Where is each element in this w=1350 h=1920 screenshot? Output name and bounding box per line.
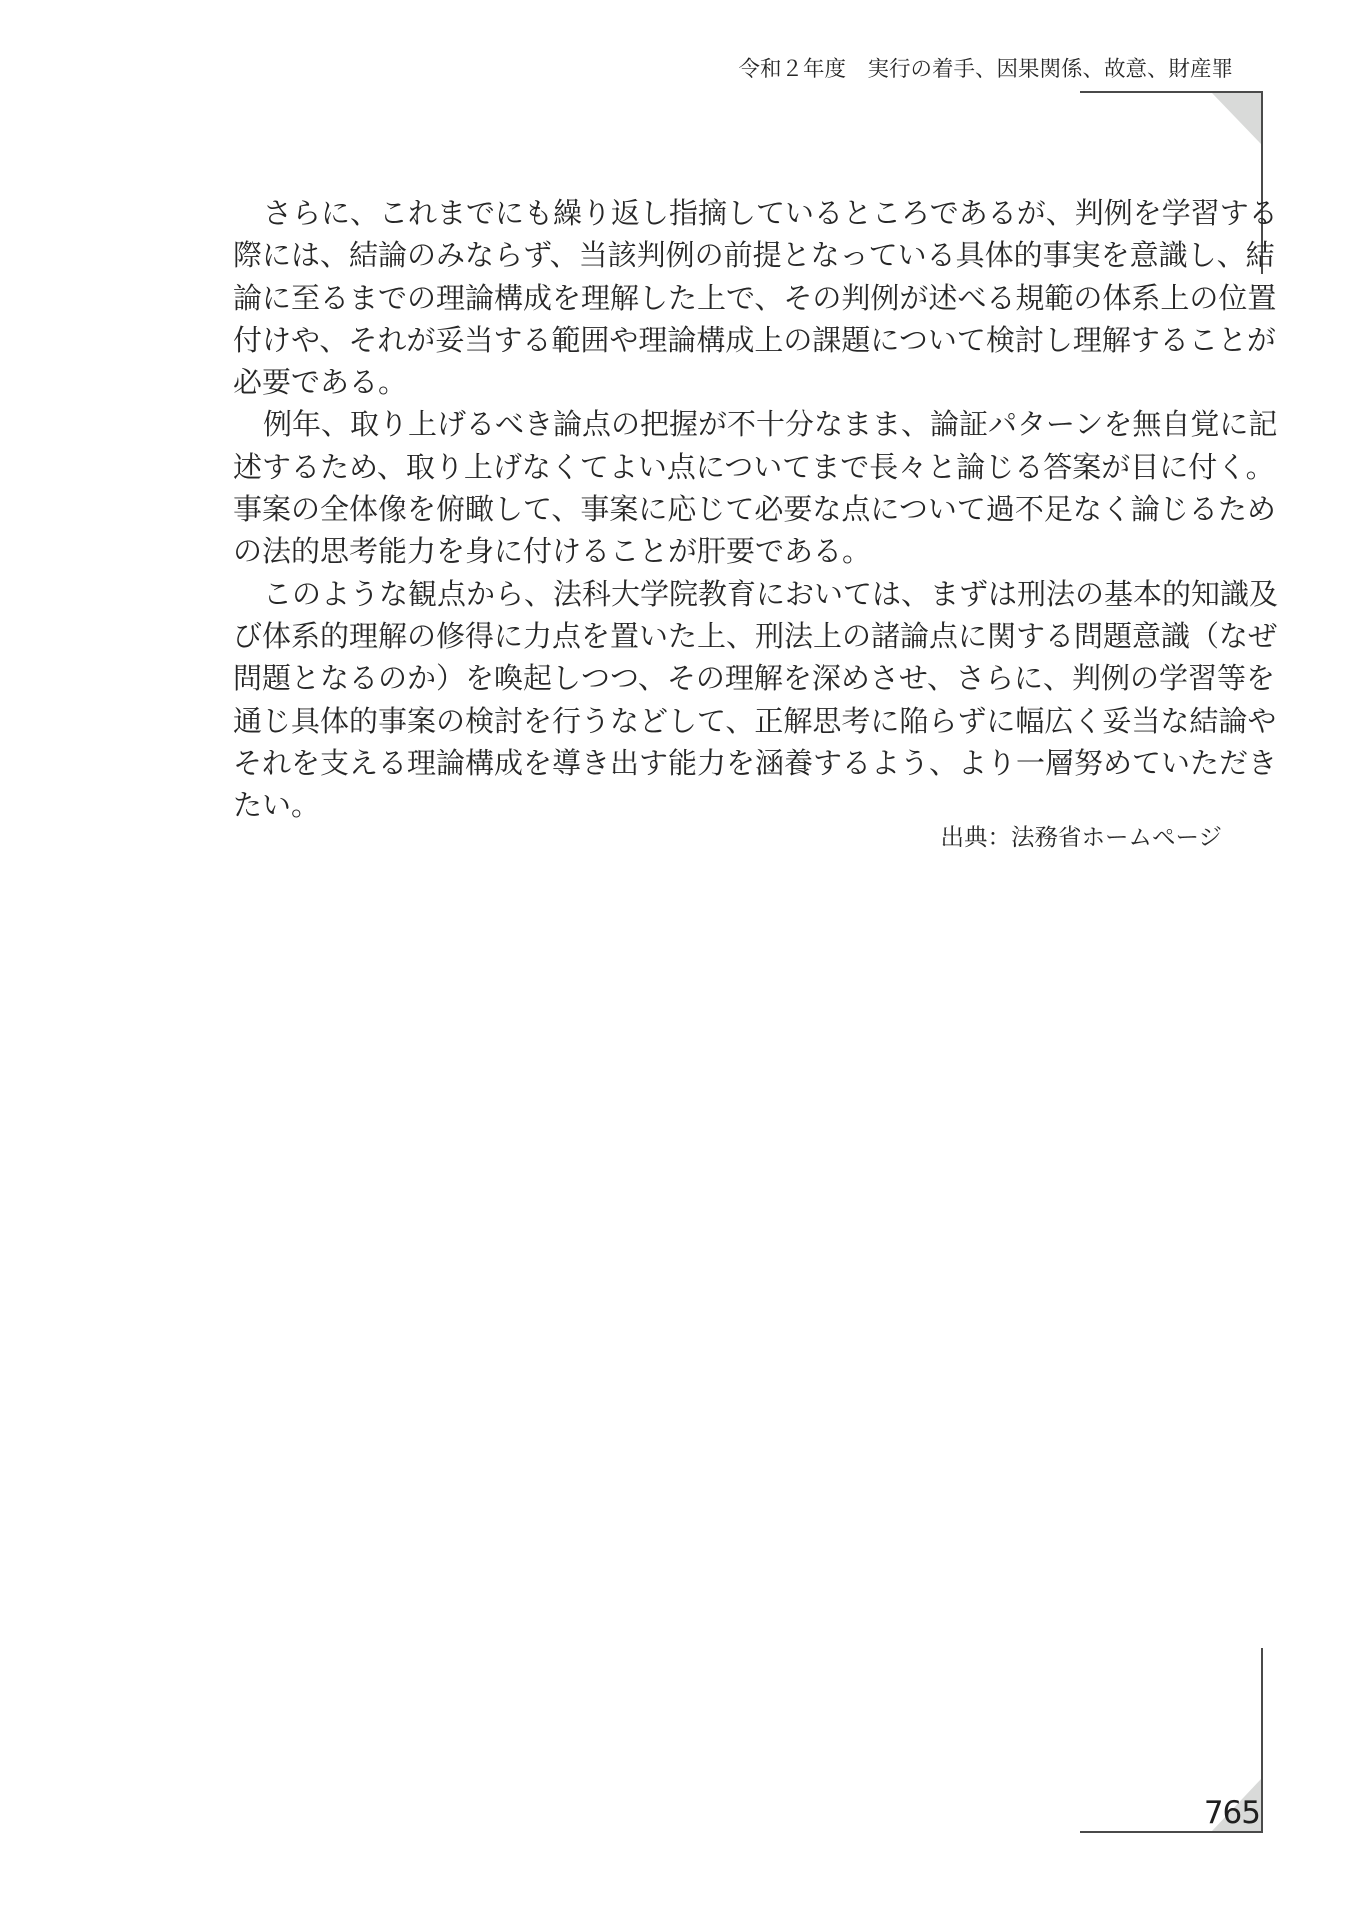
text-line: 通じ具体的事案の検討を行うなどして、正解思考に陥らずに幅広く妥当な結論や (233, 700, 1219, 742)
text-line: 論に至るまでの理論構成を理解した上で、その判例が述べる規範の体系上の位置 (233, 277, 1219, 319)
text-line: 際には、結論のみならず、当該判例の前提となっている具体的事実を意識し、結 (233, 234, 1219, 276)
text-line: さらに、これまでにも繰り返し指摘しているところであるが、判例を学習する (233, 192, 1219, 234)
text-line: 例年、取り上げるべき論点の把握が不十分なまま、論証パターンを無自覚に記 (233, 403, 1219, 445)
bottom-rule-vertical (1261, 1648, 1263, 1833)
body-text: さらに、これまでにも繰り返し指摘しているところであるが、判例を学習する 際には、… (233, 192, 1219, 826)
paragraph-1: さらに、これまでにも繰り返し指摘しているところであるが、判例を学習する 際には、… (233, 192, 1219, 403)
paragraph-3: このような観点から、法科大学院教育においては、まずは刑法の基本的知識及 び体系的… (233, 573, 1219, 827)
text-line: び体系的理解の修得に力点を置いた上、刑法上の諸論点に関する問題意識（なぜ (233, 615, 1219, 657)
text-line: このような観点から、法科大学院教育においては、まずは刑法の基本的知識及 (233, 573, 1219, 615)
text-line: 事案の全体像を俯瞰して、事案に応じて必要な点について過不足なく論じるため (233, 488, 1219, 530)
text-line: それを支える理論構成を導き出す能力を涵養するよう、より一層努めていただき (233, 742, 1219, 784)
page-number: 765 (1180, 1795, 1260, 1831)
bottom-rule-horizontal (1080, 1831, 1263, 1833)
text-line: 問題となるのか）を喚起しつつ、その理解を深めさせ、さらに、判例の学習等を (233, 657, 1219, 699)
top-corner-tab-icon (1212, 93, 1261, 144)
source-citation: 出典：法務省ホームページ (880, 820, 1222, 854)
paragraph-2: 例年、取り上げるべき論点の把握が不十分なまま、論証パターンを無自覚に記 述するた… (233, 403, 1219, 572)
text-line: 述するため、取り上げなくてよい点についてまで長々と論じる答案が目に付く。 (233, 446, 1219, 488)
text-line: 必要である。 (233, 361, 1219, 403)
text-line: の法的思考能力を身に付けることが肝要である。 (233, 530, 1219, 572)
running-header: 令和２年度 実行の着手、因果関係、故意、財産罪 (730, 55, 1233, 85)
text-line: 付けや、それが妥当する範囲や理論構成上の課題について検討し理解することが (233, 319, 1219, 361)
